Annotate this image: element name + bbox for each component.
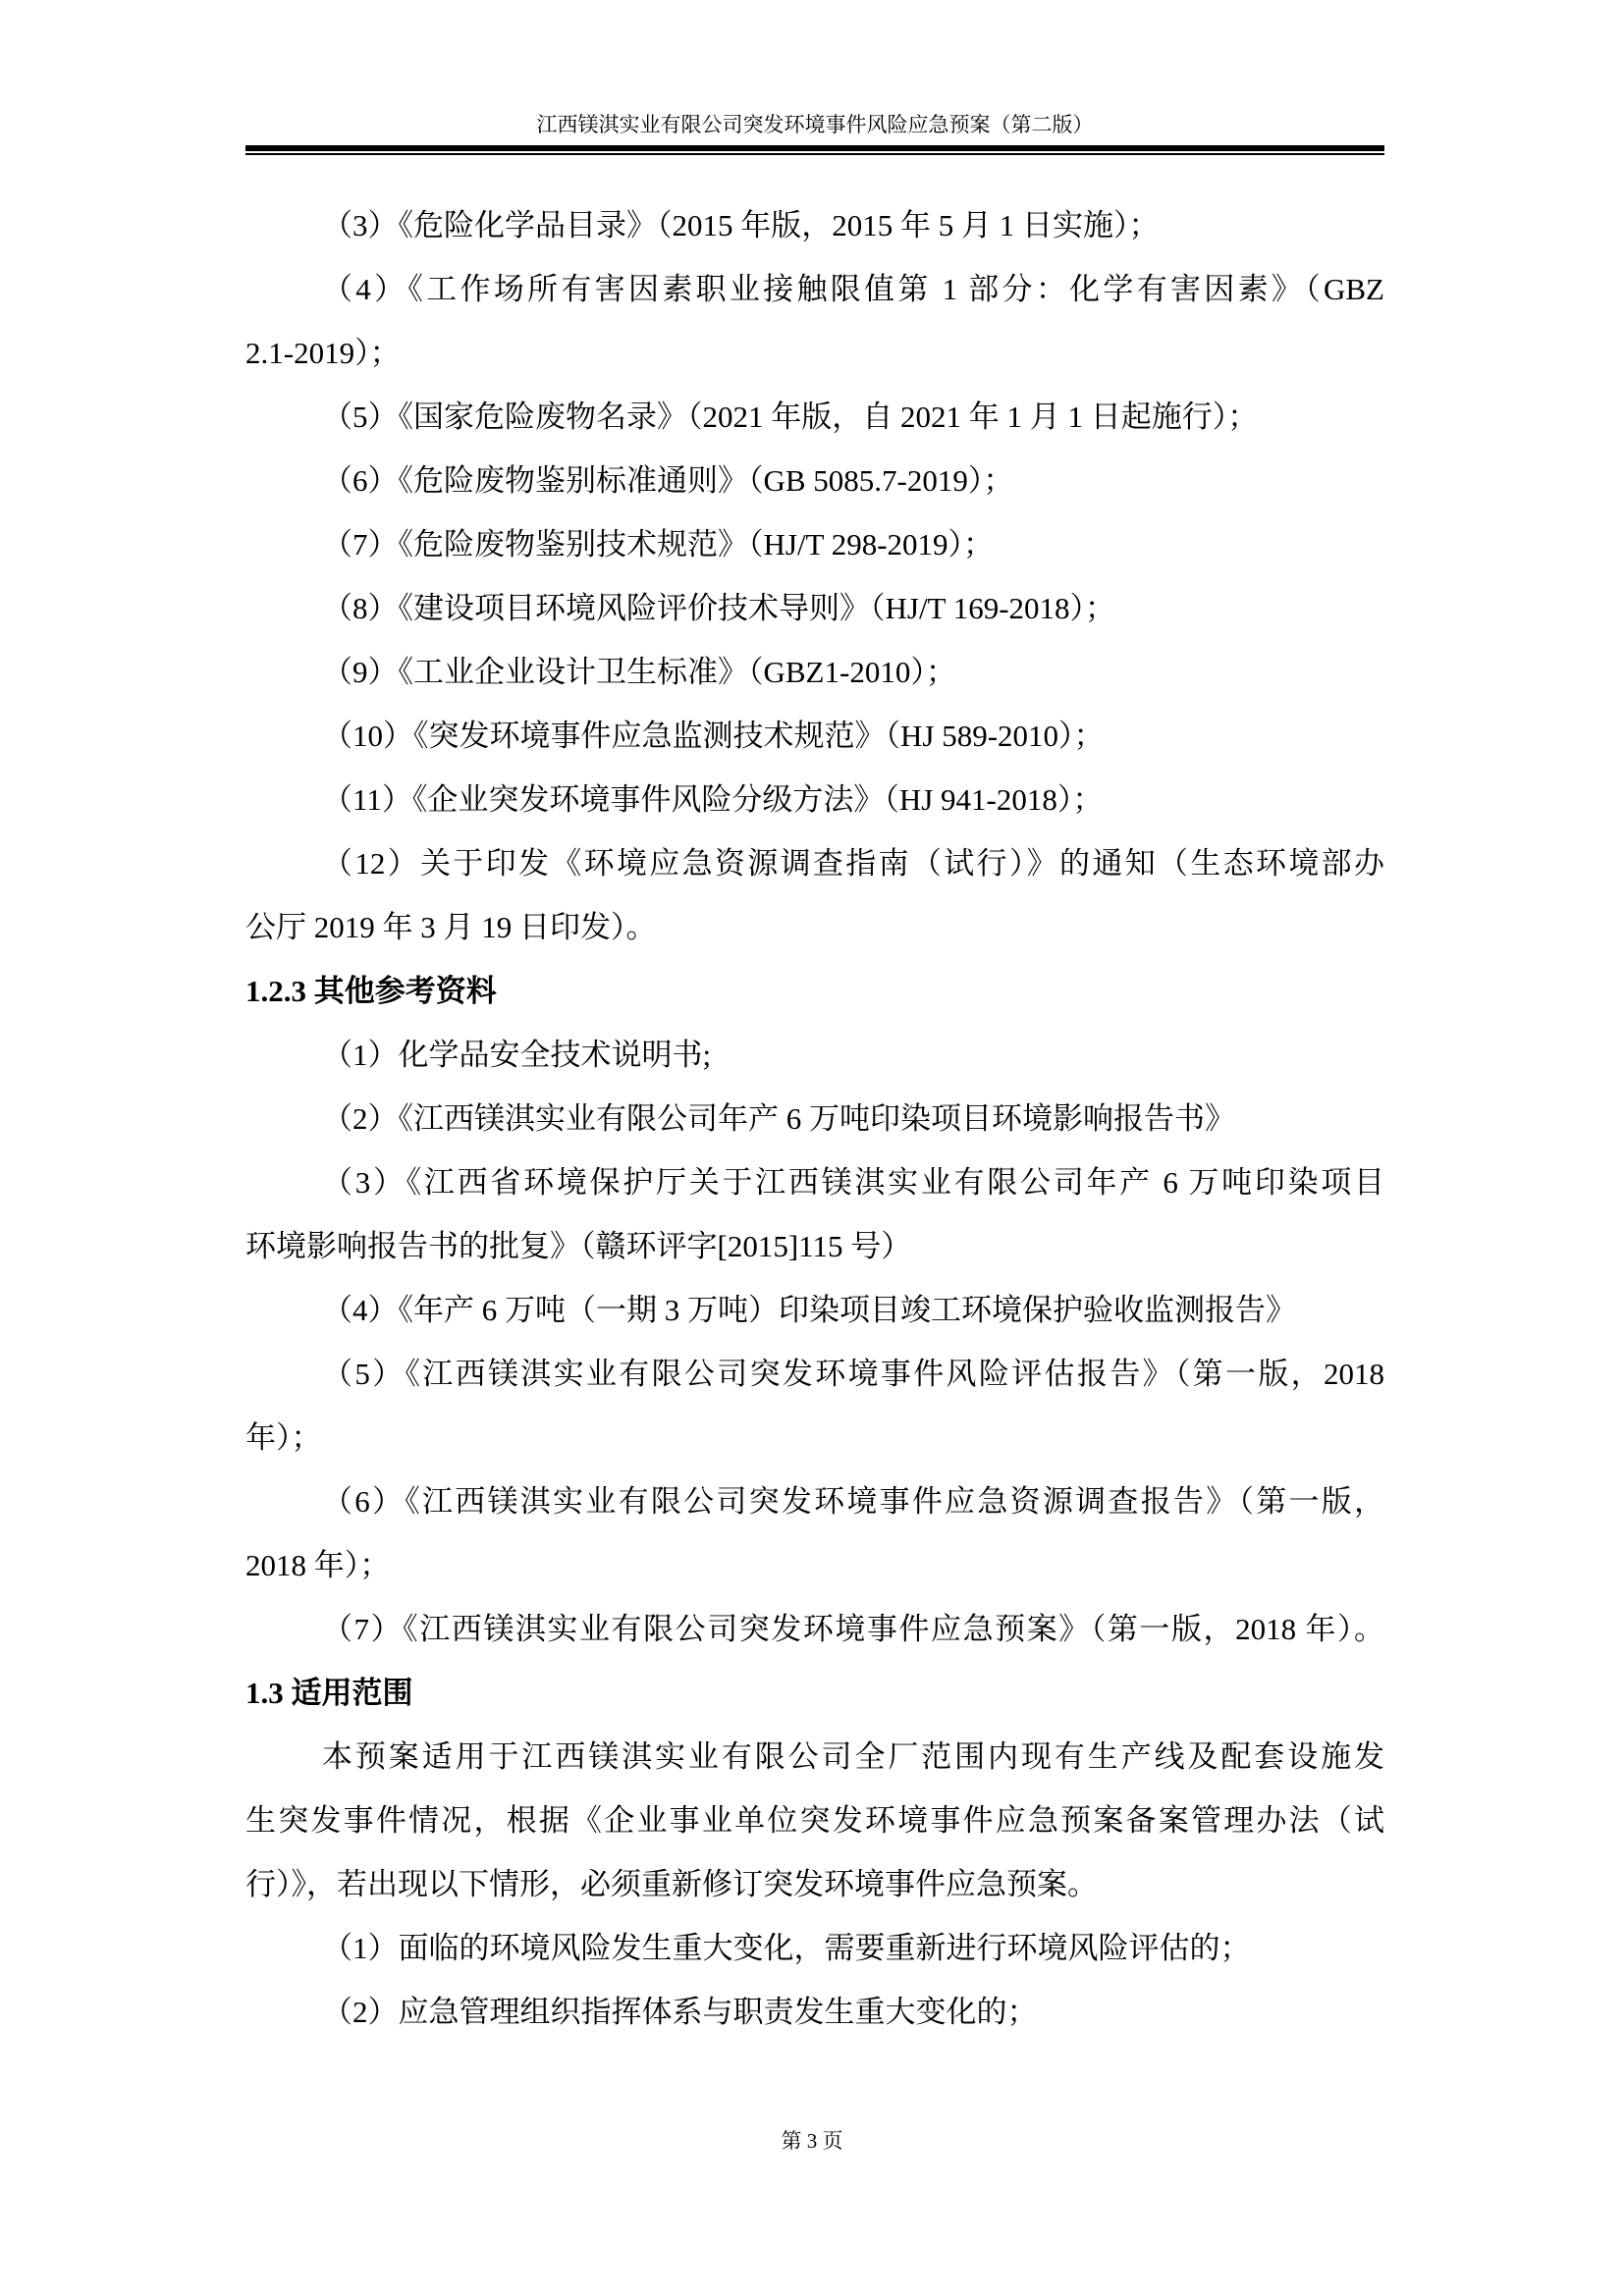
text-line: （6）《江西镁淇实业有限公司突发环境事件应急资源调查报告》（第一版， <box>245 1482 1384 1522</box>
text-line: 行）》，若出现以下情形，必须重新修订突发环境事件应急预案。 <box>245 1865 1384 1904</box>
text-line: （6）《危险废物鉴别标准通则》（GB 5085.7-2019）； <box>245 461 1384 501</box>
text-line: （1）化学品安全技术说明书; <box>245 1036 1384 1075</box>
header-rule-thin <box>245 153 1384 155</box>
text-line: （4）《工作场所有害因素职业接触限值第 1 部分：化学有害因素》（GBZ <box>245 270 1384 309</box>
text-line: （5）《江西镁淇实业有限公司突发环境事件风险评估报告》（第一版，2018 <box>245 1355 1384 1394</box>
text-line: 2.1-2019）； <box>245 334 1384 373</box>
text-line: 生突发事件情况，根据《企业事业单位突发环境事件应急预案备案管理办法（试 <box>245 1801 1384 1841</box>
text-line: （4）《年产 6 万吨（一期 3 万吨）印染项目竣工环境保护验收监测报告》 <box>245 1291 1384 1330</box>
text-line: 环境影响报告书的批复》（赣环评字[2015]115 号） <box>245 1227 1384 1266</box>
page-number: 第 3 页 <box>0 2128 1624 2154</box>
text-line: 公厅 2019 年 3 月 19 日印发）。 <box>245 908 1384 947</box>
text-line: （2）《江西镁淇实业有限公司年产 6 万吨印染项目环境影响报告书》 <box>245 1099 1384 1139</box>
text-line: 年）； <box>245 1418 1384 1458</box>
text-line: （10）《突发环境事件应急监测技术规范》（HJ 589-2010）； <box>245 717 1384 756</box>
text-line: 本预案适用于江西镁淇实业有限公司全厂范围内现有生产线及配套设施发 <box>245 1737 1384 1777</box>
text-line: （5）《国家危险废物名录》（2021 年版，自 2021 年 1 月 1 日起施… <box>245 398 1384 437</box>
text-line: （7）《江西镁淇实业有限公司突发环境事件应急预案》（第一版，2018 年）。 <box>245 1610 1384 1649</box>
document-page: 江西镁淇实业有限公司突发环境事件风险应急预案（第二版） （3）《危险化学品目录》… <box>0 0 1624 2296</box>
header-rule-thick <box>245 145 1384 151</box>
text-line: （9）《工业企业设计卫生标准》（GBZ1-2010）； <box>245 653 1384 692</box>
section-heading: 1.2.3 其他参考资料 <box>245 972 1384 1011</box>
text-line: 2018 年）； <box>245 1546 1384 1585</box>
running-header-title: 江西镁淇实业有限公司突发环境事件风险应急预案（第二版） <box>245 112 1384 137</box>
text-line: （11）《企业突发环境事件风险分级方法》（HJ 941-2018）； <box>245 780 1384 820</box>
text-line: （3）《江西省环境保护厅关于江西镁淇实业有限公司年产 6 万吨印染项目 <box>245 1163 1384 1202</box>
section-heading: 1.3 适用范围 <box>245 1674 1384 1713</box>
text-line: （1）面临的环境风险发生重大变化，需要重新进行环境风险评估的； <box>245 1929 1384 1968</box>
text-line: （8）《建设项目环境风险评价技术导则》（HJ/T 169-2018）； <box>245 589 1384 628</box>
text-line: （12）关于印发《环境应急资源调查指南（试行）》的通知（生态环境部办 <box>245 844 1384 883</box>
text-line: （3）《危险化学品目录》（2015 年版，2015 年 5 月 1 日实施）； <box>245 206 1384 245</box>
text-line: （7）《危险废物鉴别技术规范》（HJ/T 298-2019）； <box>245 525 1384 564</box>
text-line: （2）应急管理组织指挥体系与职责发生重大变化的； <box>245 1993 1384 2032</box>
